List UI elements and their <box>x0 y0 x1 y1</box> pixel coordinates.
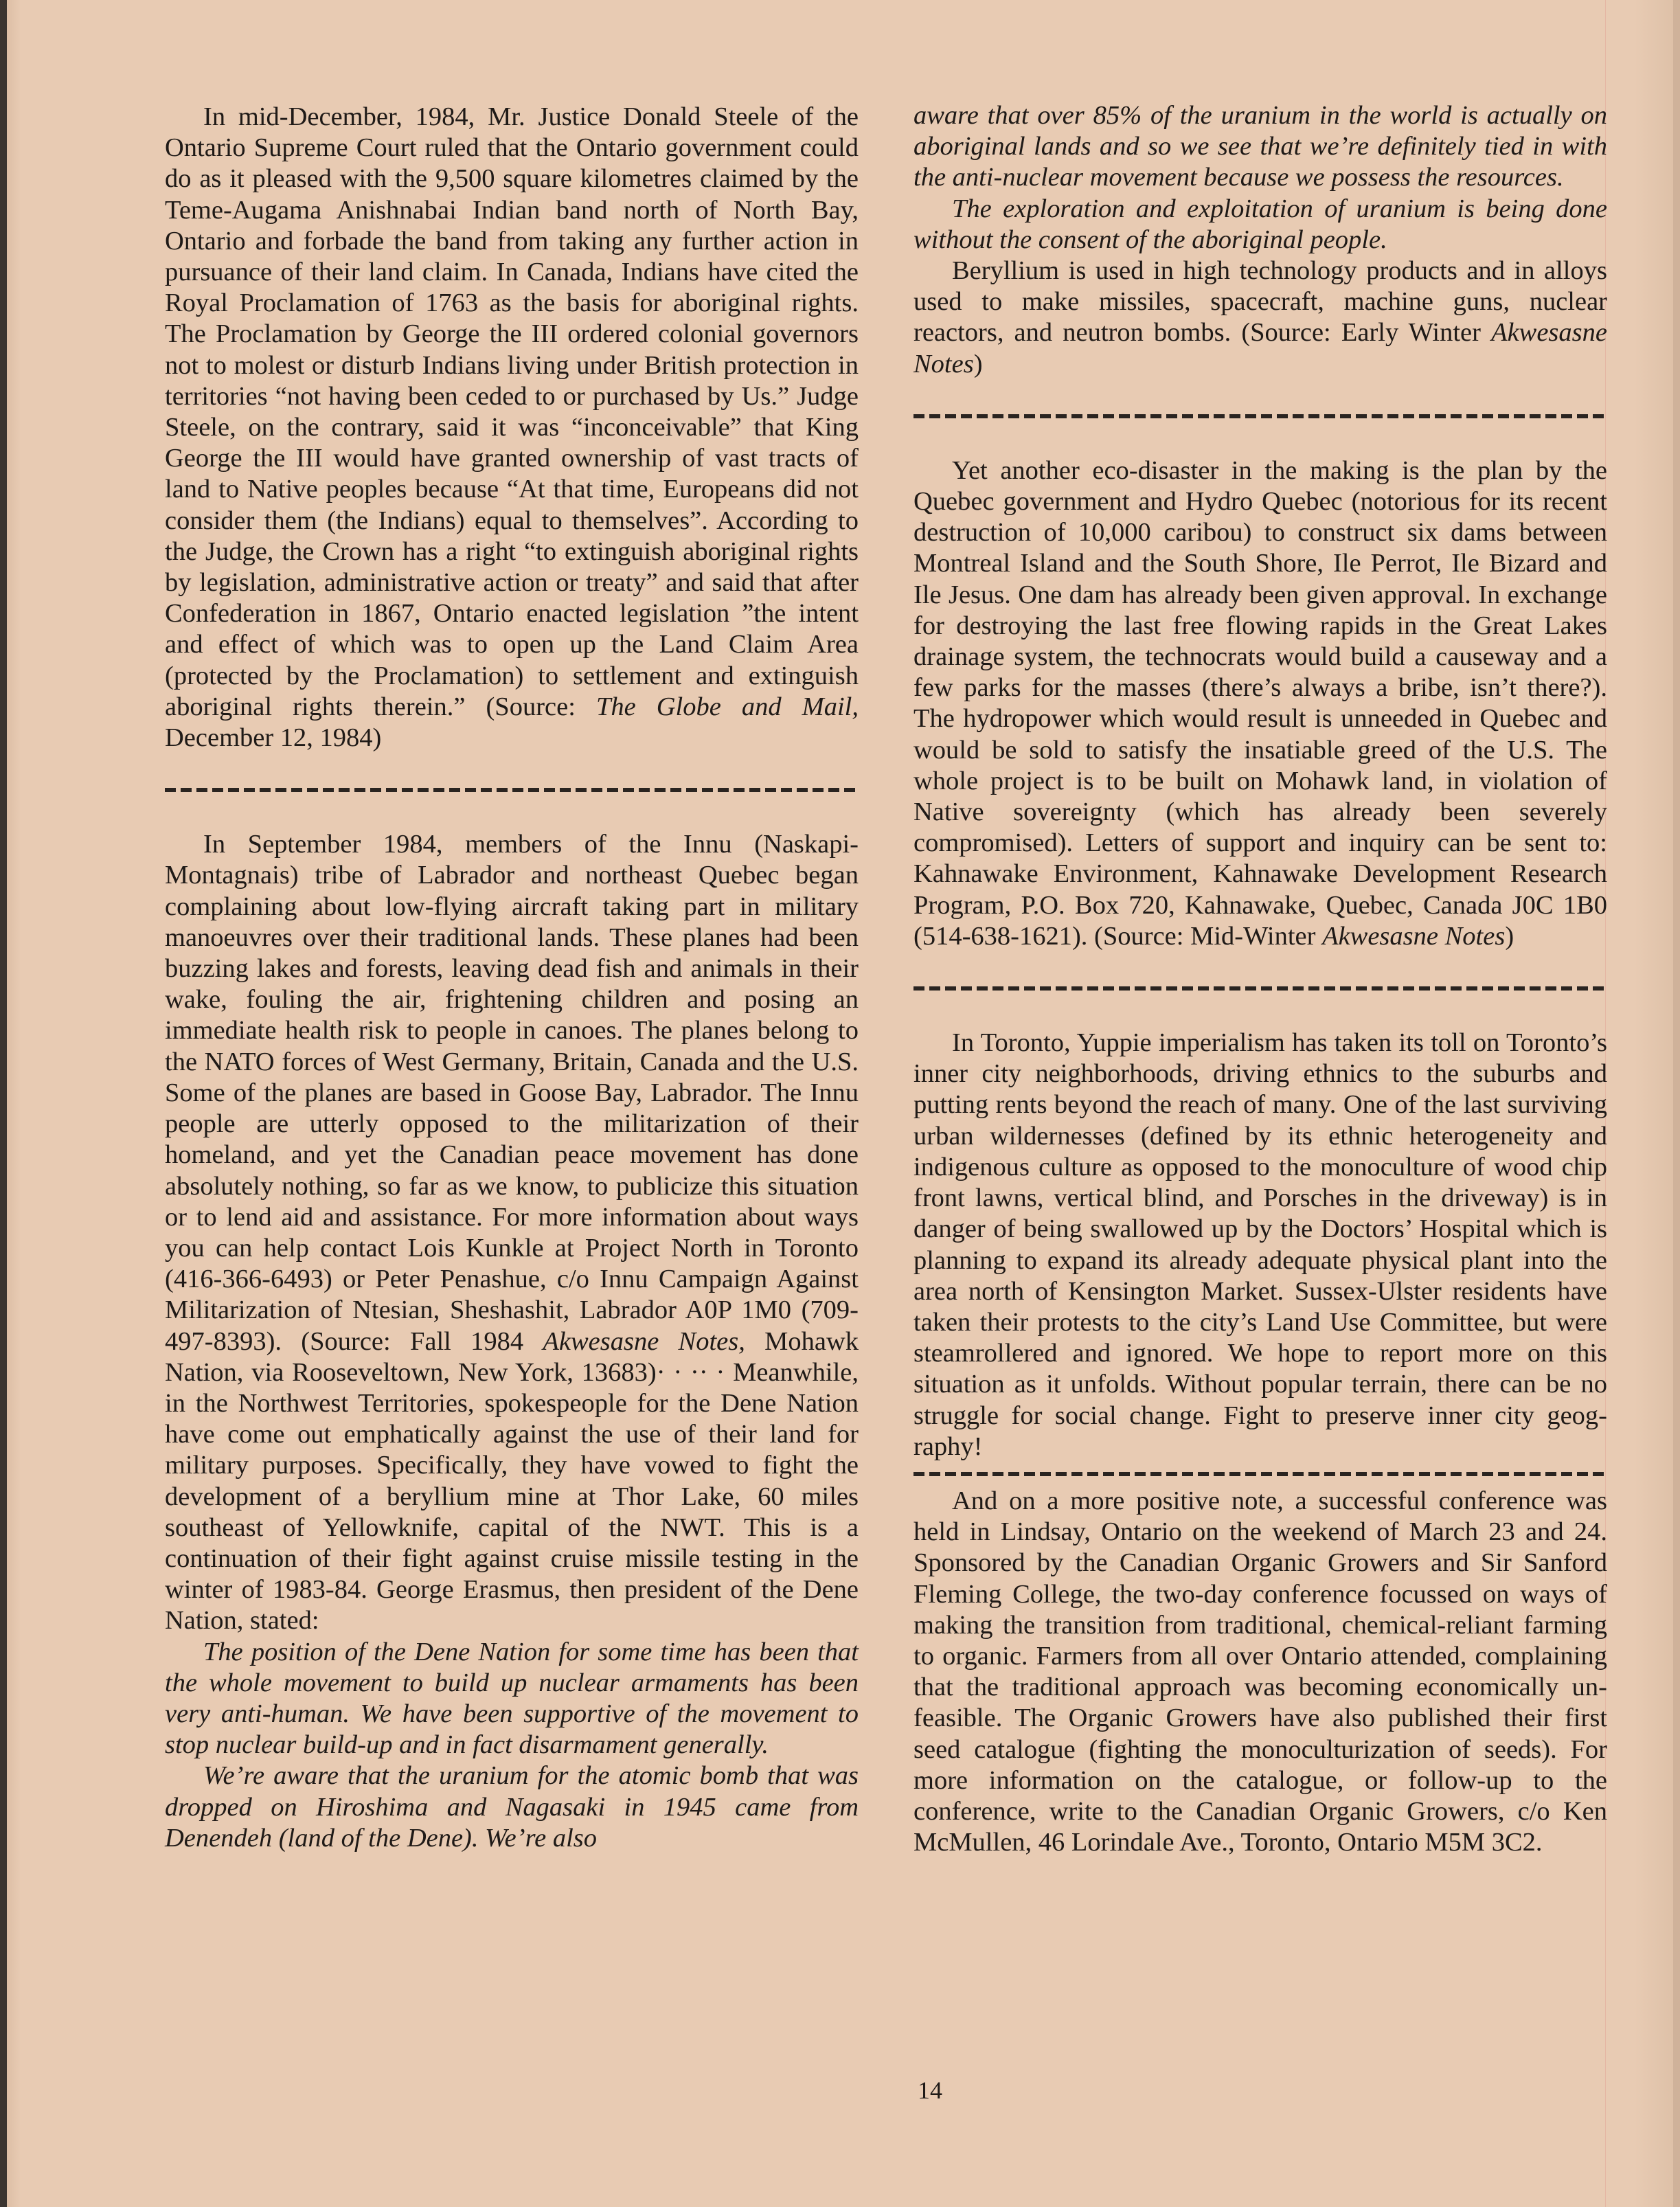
left-column: In mid-December, 1984, Mr. Justice Donal… <box>165 102 859 1854</box>
right-column: aware that over 85% of the uranium in th… <box>913 100 1607 1858</box>
spacer <box>913 1476 1607 1486</box>
article-text: In September 1984, members of the Innu (… <box>165 830 859 1355</box>
page-number: 14 <box>918 2076 942 2104</box>
page-left-edge <box>0 0 7 2207</box>
spacer <box>165 754 859 788</box>
quote-exploration: The exploration and exploitation of uran… <box>913 194 1607 256</box>
source-title: Akwesasne Notes, <box>543 1327 745 1356</box>
source-date: December 12, 1984) <box>165 723 381 752</box>
article-steele-ruling: In mid-December, 1984, Mr. Justice Donal… <box>165 102 859 754</box>
magazine-page: In mid-December, 1984, Mr. Justice Donal… <box>0 0 1680 2207</box>
spacer <box>913 418 1607 455</box>
article-text: In mid-December, 1984, Mr. Justice Donal… <box>165 102 859 721</box>
article-innu-aircraft: In September 1984, members of the Innu (… <box>165 829 859 1636</box>
spacer <box>913 1462 1607 1472</box>
source-close: ) <box>974 350 983 378</box>
article-text: Yet another eco-disaster in the making i… <box>913 456 1607 951</box>
quote-uranium-end: aware that over 85% of the uranium in th… <box>913 100 1607 194</box>
page-right-edge <box>1673 0 1680 2207</box>
spacer <box>165 792 859 829</box>
quote-uranium-start: We’re aware that the uranium for the ato… <box>165 1761 859 1854</box>
spacer <box>913 380 1607 414</box>
article-text-continued: Mohawk Nation, via Rooseveltown, New Yor… <box>165 1327 859 1636</box>
spacer <box>913 991 1607 1028</box>
source-title: The Globe and Mail, <box>596 692 859 721</box>
article-toronto-yuppie: In Toronto, Yuppie imperialism has taken… <box>913 1028 1607 1462</box>
article-beryllium: Beryllium is used in high technology pro… <box>913 256 1607 380</box>
source-close: ) <box>1505 922 1514 951</box>
source-title: Akwesasne Notes <box>1322 922 1505 951</box>
article-organic-conference: And on a more positive note, a successfu… <box>913 1486 1607 1858</box>
article-hydro-quebec: Yet another eco-disaster in the making i… <box>913 455 1607 952</box>
quote-dene-position: The position of the Dene Nation for some… <box>165 1637 859 1761</box>
spacer <box>913 952 1607 986</box>
